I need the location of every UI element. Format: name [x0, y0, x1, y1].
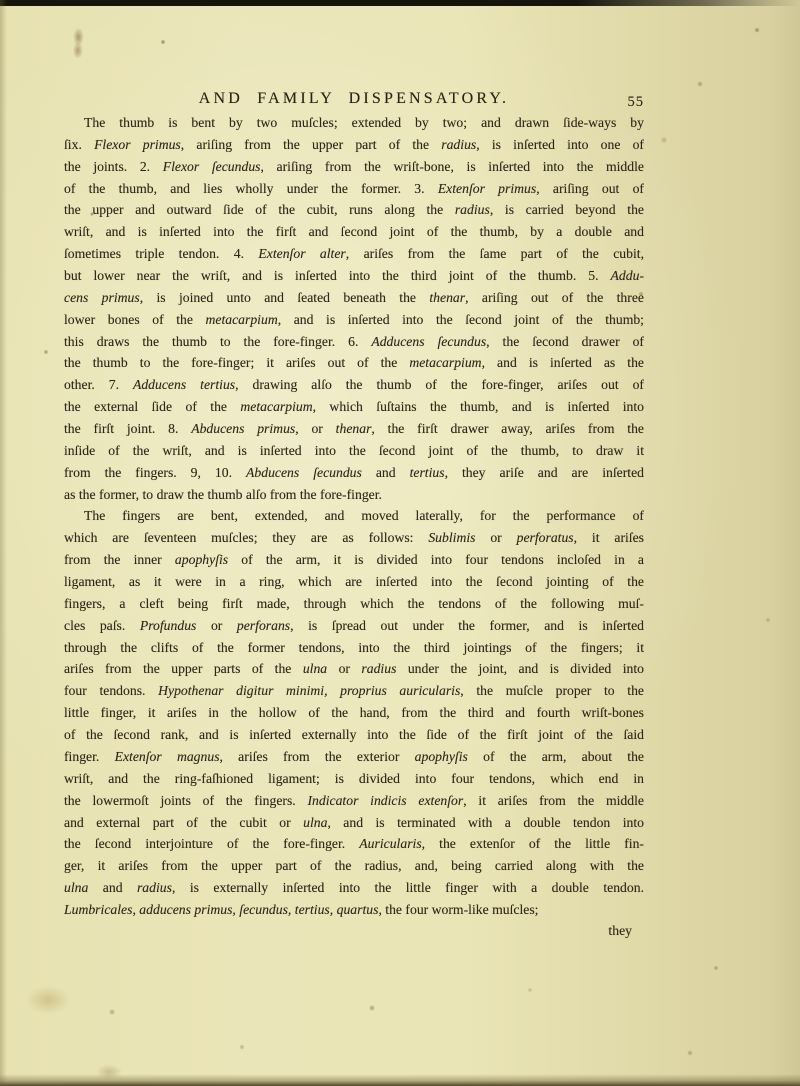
- text-line: ſix. Flexor primus, ariſing from the upp…: [64, 134, 644, 156]
- latin-term: radius: [441, 137, 476, 152]
- latin-term: Sublimis: [428, 530, 475, 545]
- text-segment: which are ſeventeen muſcles; they are as…: [64, 530, 428, 545]
- latin-term: ulna: [64, 880, 88, 895]
- text-segment: the thumb to the fore-finger; it ariſes …: [64, 355, 409, 370]
- text-segment: , ariſing out of the three: [465, 290, 644, 305]
- text-segment: fingers, a cleft being firſt made, throu…: [64, 596, 644, 611]
- latin-term: Adducens ſecundus: [371, 334, 486, 349]
- text-segment: the external ſide of the: [64, 399, 240, 414]
- latin-term: radius: [137, 880, 172, 895]
- text-segment: , is joined unto and ſeated beneath the: [140, 290, 430, 305]
- text-segment: lower bones of the: [64, 312, 205, 327]
- text-segment: the ſecond interjointure of the fore-fin…: [64, 836, 359, 851]
- text-segment: , the muſcle proper to the: [460, 683, 644, 698]
- text-segment: inſide of the wriſt, and is inſerted int…: [64, 443, 644, 458]
- paper-stain: [26, 986, 70, 1014]
- text-line: finger. Extenſor magnus, ariſes from the…: [64, 746, 644, 768]
- text-segment: and: [88, 880, 137, 895]
- text-segment: as the former, to draw the thumb alſo fr…: [64, 487, 382, 502]
- latin-term: Abducens primus: [191, 421, 295, 436]
- text-line: inſide of the wriſt, and is inſerted int…: [64, 440, 644, 462]
- text-segment: , ariſing out of: [536, 181, 644, 196]
- text-segment: , is carried beyond the: [490, 202, 644, 217]
- text-line: the lowermoſt joints of the fingers. Ind…: [64, 790, 644, 812]
- scan-bottom-edge: [0, 1074, 800, 1086]
- latin-term: radius: [361, 661, 396, 676]
- running-title: AND FAMILY DISPENSATORY.: [64, 90, 644, 108]
- text-segment: of the ſecond rank, and is inſerted exte…: [64, 727, 644, 742]
- scan-top-edge: [0, 0, 800, 6]
- text-segment: , ariſing from the wriſt-bone, is inſert…: [260, 159, 644, 174]
- text-segment: , the extenſor of the little fin-: [422, 836, 644, 851]
- text-segment: this draws the thumb to the fore-finger.…: [64, 334, 371, 349]
- text-line: of the thumb, and lies wholly under the …: [64, 178, 644, 200]
- text-segment: , is inſerted into one of: [476, 137, 644, 152]
- text-segment: ariſes from the upper parts of the: [64, 661, 303, 676]
- text-segment: from the inner: [64, 552, 175, 567]
- text-line: from the inner apophyſis of the arm, it …: [64, 549, 644, 571]
- paper-stain: [72, 28, 85, 58]
- latin-term: radius: [455, 202, 490, 217]
- catchword-row: they: [64, 922, 644, 944]
- text-line: four tendons. Hypothenar digitur minimi,…: [64, 680, 644, 702]
- text-segment: , ariſes from the ſame part of the cubit…: [346, 246, 644, 261]
- text-segment: , and is inſerted into the ſecond joint …: [278, 312, 644, 327]
- text-line: lower bones of the metacarpium, and is i…: [64, 309, 644, 331]
- latin-term: Abducens ſecundus: [246, 465, 362, 480]
- text-line: The thumb is bent by two muſcles; extend…: [64, 112, 644, 134]
- text-segment: ſometimes triple tendon. 4.: [64, 246, 258, 261]
- latin-term: Extenſor magnus: [115, 749, 220, 764]
- text-segment: little finger, it ariſes in the hollow o…: [64, 705, 644, 720]
- text-segment: ſix.: [64, 137, 94, 152]
- text-segment: finger.: [64, 749, 115, 764]
- latin-term: thenar: [336, 421, 372, 436]
- text-segment: , and is terminated with a double tendon…: [327, 815, 644, 830]
- latin-term: apophyſis: [415, 749, 468, 764]
- text-segment: and: [362, 465, 410, 480]
- latin-term: Indicator indicis extenſor: [307, 793, 463, 808]
- text-line: from the fingers. 9, 10. Abducens ſecund…: [64, 462, 644, 484]
- latin-term: ulna: [303, 815, 327, 830]
- page-number: 55: [628, 94, 645, 111]
- text-segment: of the arm, about the: [468, 749, 644, 764]
- text-line: Lumbricales, adducens primus, ſecundus, …: [64, 899, 644, 921]
- text-line: the ſecond interjointure of the fore-fin…: [64, 833, 644, 855]
- text-segment: the upper and outward ſide of the cubit,…: [64, 202, 455, 217]
- latin-term: Lumbricales, adducens primus, ſecundus, …: [64, 902, 378, 917]
- text-line: wriſt, and the ring-faſhioned ligament; …: [64, 768, 644, 790]
- text-line: cens primus, is joined unto and ſeated b…: [64, 287, 644, 309]
- text-segment: or: [475, 530, 516, 545]
- text-segment: wriſt, and is inſerted into the firſt an…: [64, 224, 644, 239]
- text-segment: , or: [295, 421, 335, 436]
- text-segment: the joints. 2.: [64, 159, 163, 174]
- latin-term: Profundus: [140, 618, 197, 633]
- text-segment: wriſt, and the ring-faſhioned ligament; …: [64, 771, 644, 786]
- latin-term: apophyſis: [175, 552, 228, 567]
- text-line: ulna and radius, is externally inſerted …: [64, 877, 644, 899]
- text-segment: under the joint, and is divided into: [396, 661, 644, 676]
- text-segment: or: [327, 661, 361, 676]
- text-segment: , ariſes from the exterior: [220, 749, 415, 764]
- latin-term: perforans: [237, 618, 290, 633]
- latin-term: Flexor primus: [94, 137, 181, 152]
- text-line: and external part of the cubit or ulna, …: [64, 812, 644, 834]
- latin-term: Adducens tertius: [133, 377, 235, 392]
- text-line: the thumb to the fore-finger; it ariſes …: [64, 352, 644, 374]
- latin-term: Extenſor alter: [258, 246, 345, 261]
- text-segment: ger, it ariſes from the upper part of th…: [64, 858, 644, 873]
- latin-term: perforatus: [517, 530, 574, 545]
- text-line: of the ſecond rank, and is inſerted exte…: [64, 724, 644, 746]
- text-segment: ligament, as it were in a ring, which ar…: [64, 574, 644, 589]
- latin-term: thenar: [429, 290, 465, 305]
- text-segment: , ariſing from the upper part of the: [181, 137, 442, 152]
- text-line: but lower near the wriſt, and is inſerte…: [64, 265, 644, 287]
- scanned-page: AND FAMILY DISPENSATORY. 55 The thumb is…: [0, 0, 800, 1086]
- text-segment: , the firſt drawer away, ariſes from the: [371, 421, 644, 436]
- text-line: which are ſeventeen muſcles; they are as…: [64, 527, 644, 549]
- text-segment: , is ſpread out under the former, and is…: [290, 618, 644, 633]
- text-line: ariſes from the upper parts of the ulna …: [64, 658, 644, 680]
- text-segment: and external part of the cubit or: [64, 815, 303, 830]
- latin-term: Hypothenar digitur minimi, proprius auri…: [158, 683, 460, 698]
- text-segment: the lowermoſt joints of the fingers.: [64, 793, 307, 808]
- text-line: the joints. 2. Flexor ſecundus, ariſing …: [64, 156, 644, 178]
- text-segment: , which ſuſtains the thumb, and is inſer…: [313, 399, 644, 414]
- text-line: little finger, it ariſes in the hollow o…: [64, 702, 644, 724]
- text-line: fingers, a cleft being firſt made, throu…: [64, 593, 644, 615]
- text-segment: other. 7.: [64, 377, 133, 392]
- latin-term: Extenſor primus: [438, 181, 536, 196]
- scan-left-edge: [0, 0, 7, 1086]
- text-segment: , it ariſes: [574, 530, 644, 545]
- text-segment: or: [196, 618, 237, 633]
- text-segment: , the four worm-like muſcles;: [378, 902, 538, 917]
- text-segment: of the thumb, and lies wholly under the …: [64, 181, 438, 196]
- text-line: the external ſide of the metacarpium, wh…: [64, 396, 644, 418]
- latin-term: metacarpium: [240, 399, 312, 414]
- text-segment: , drawing alſo the thumb of the fore-fin…: [235, 377, 644, 392]
- text-line: wriſt, and is inſerted into the firſt an…: [64, 221, 644, 243]
- text-segment: through the clifts of the former tendons…: [64, 640, 644, 655]
- page-header: AND FAMILY DISPENSATORY. 55: [64, 90, 644, 112]
- latin-term: metacarpium: [409, 355, 481, 370]
- text-segment: from the fingers. 9, 10.: [64, 465, 246, 480]
- text-segment: The fingers are bent, extended, and move…: [84, 508, 644, 523]
- latin-term: Auricularis: [359, 836, 421, 851]
- text-segment: , is externally inſerted into the little…: [172, 880, 644, 895]
- text-segment: cles paſs.: [64, 618, 140, 633]
- text-segment: four tendons.: [64, 683, 158, 698]
- text-segment: but lower near the wriſt, and is inſerte…: [64, 268, 611, 283]
- text-segment: , the ſecond drawer of: [486, 334, 644, 349]
- latin-term: ulna: [303, 661, 327, 676]
- catchword: they: [608, 923, 644, 939]
- text-segment: The thumb is bent by two muſcles; extend…: [84, 115, 644, 130]
- text-line: through the clifts of the former tendons…: [64, 637, 644, 659]
- text-line: cles paſs. Profundus or perforans, is ſp…: [64, 615, 644, 637]
- text-segment: the firſt joint. 8.: [64, 421, 191, 436]
- latin-term: Flexor ſecundus: [163, 159, 261, 174]
- latin-term: cens primus: [64, 290, 140, 305]
- text-segment: , it ariſes from the middle: [463, 793, 644, 808]
- text-line: ſometimes triple tendon. 4. Extenſor alt…: [64, 243, 644, 265]
- text-line: other. 7. Adducens tertius, drawing alſo…: [64, 374, 644, 396]
- text-line: as the former, to draw the thumb alſo fr…: [64, 484, 644, 506]
- text-line: the firſt joint. 8. Abducens primus, or …: [64, 418, 644, 440]
- text-segment: , they ariſe and are inſerted: [445, 465, 644, 480]
- text-segment: , and is inſerted as the: [482, 355, 644, 370]
- text-line: ger, it ariſes from the upper part of th…: [64, 855, 644, 877]
- text-segment: of the arm, it is divided into four tend…: [228, 552, 644, 567]
- text-line: the upper and outward ſide of the cubit,…: [64, 199, 644, 221]
- latin-term: tertius: [410, 465, 445, 480]
- latin-term: metacarpium: [205, 312, 277, 327]
- latin-term: Addu-: [611, 268, 644, 283]
- text-line: The fingers are bent, extended, and move…: [64, 505, 644, 527]
- text-line: ligament, as it were in a ring, which ar…: [64, 571, 644, 593]
- text-line: this draws the thumb to the fore-finger.…: [64, 331, 644, 353]
- page-body-text: The thumb is bent by two muſcles; extend…: [64, 112, 644, 921]
